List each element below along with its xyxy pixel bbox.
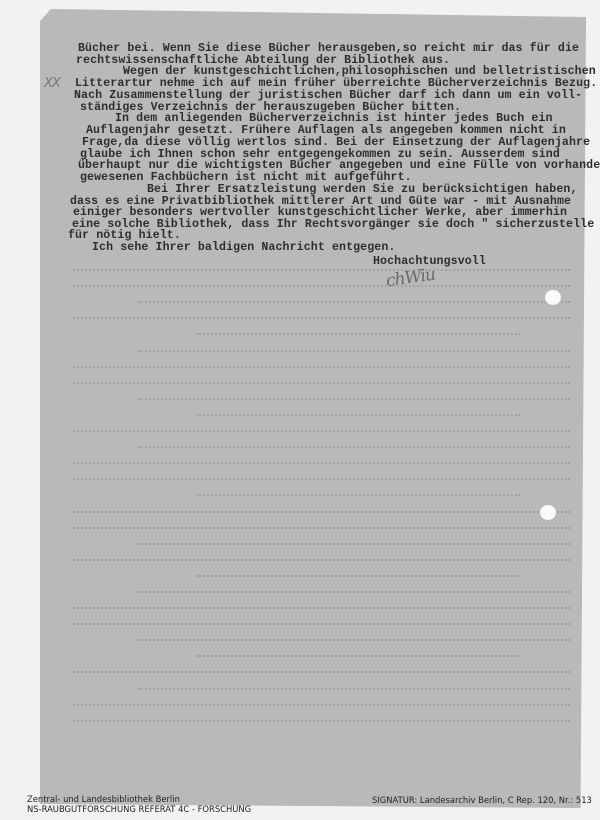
bleed-through-text bbox=[40, 255, 580, 725]
punch-hole bbox=[545, 290, 561, 305]
footer-signature: SIGNATUR: Landesarchiv Berlin, C Rep. 12… bbox=[372, 796, 592, 806]
text-line: Ich sehe Ihrer baldigen Nachricht entgeg… bbox=[92, 241, 395, 254]
footer-department: NS-RAUBGUTFORSCHUNG REFERAT 4C - FORSCHU… bbox=[27, 805, 251, 815]
margin-mark: XX bbox=[44, 76, 60, 91]
punch-hole bbox=[540, 505, 556, 520]
footer-institution: Zentral- und Landesbibliothek Berlin NS-… bbox=[27, 795, 251, 814]
